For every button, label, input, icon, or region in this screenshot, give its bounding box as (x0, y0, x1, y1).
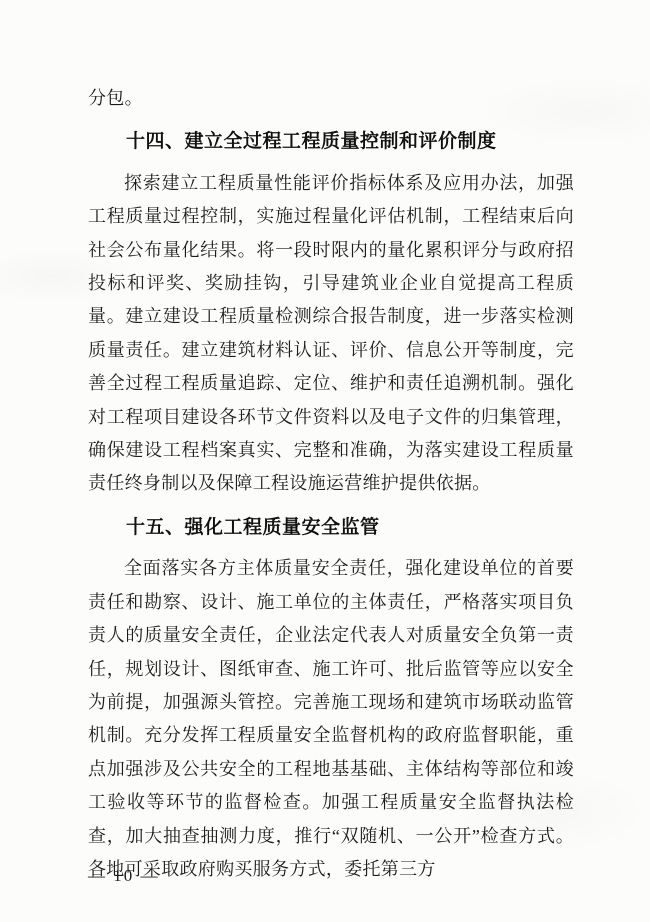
paragraph-fragment: 分包。 (88, 82, 574, 115)
page-number: — 10 — (88, 866, 160, 886)
document-page: 分包。 十四、建立全过程工程质量控制和评价制度 探索建立工程质量性能评价指标体系… (0, 0, 650, 922)
section-14-paragraph: 探索建立工程质量性能评价指标体系及应用办法，加强工程质量过程控制，实施过程量化评… (88, 167, 574, 501)
section-heading-14: 十四、建立全过程工程质量控制和评价制度 (88, 125, 574, 158)
section-15-paragraph: 全面落实各方主体质量安全责任，强化建设单位的首要责任和勘察、设计、施工单位的主体… (88, 552, 574, 886)
section-heading-15: 十五、强化工程质量安全监管 (88, 511, 574, 544)
document-body: 分包。 十四、建立全过程工程质量控制和评价制度 探索建立工程质量性能评价指标体系… (88, 82, 574, 886)
